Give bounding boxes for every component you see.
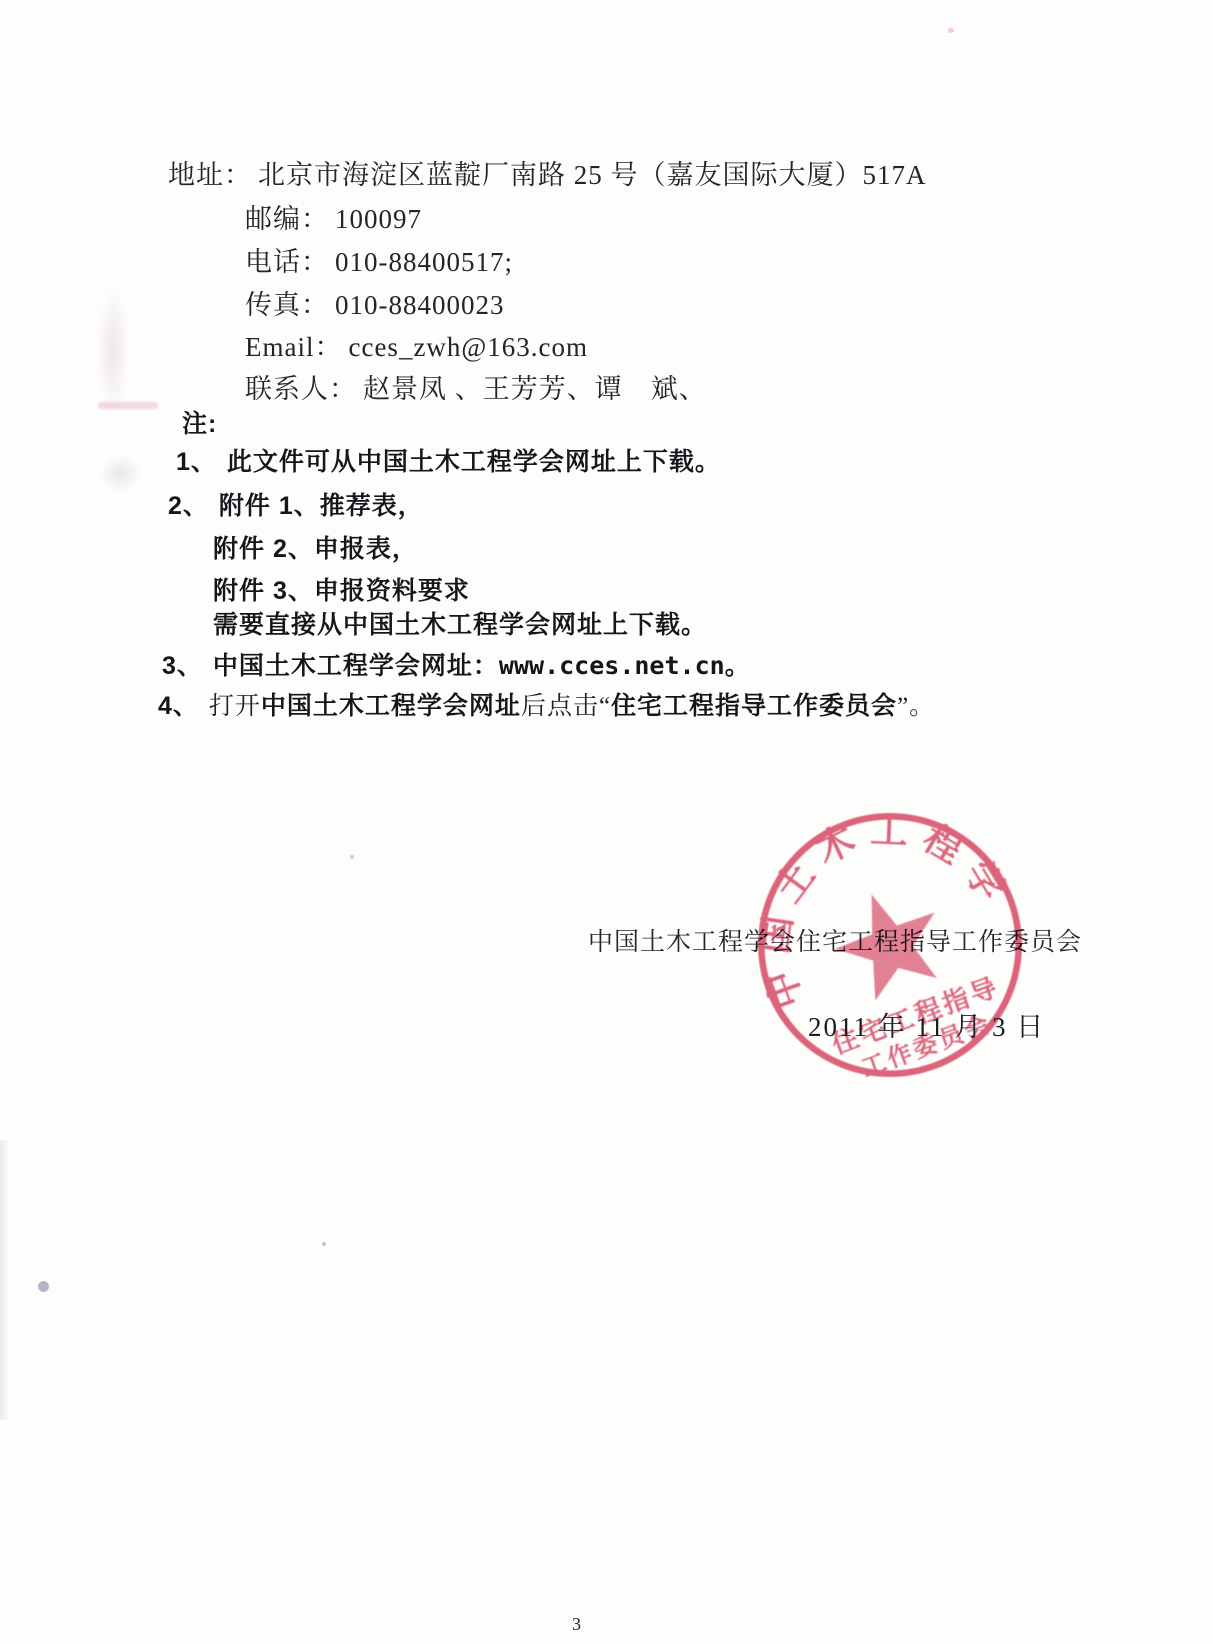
scan-smudge <box>100 455 142 493</box>
star-icon <box>822 876 956 1007</box>
address-label: 地址： <box>168 160 252 190</box>
note-4-bold-site: 中国土木工程学会网址 <box>261 692 521 720</box>
scan-dot <box>322 1242 326 1246</box>
page-number: 3 <box>572 1614 581 1635</box>
note-item-1: 1、此文件可从中国土木工程学会网址上下载。 <box>176 442 721 478</box>
official-seal-stamp: 中国土木工程学会 住宅工程指导 工作委员会 <box>738 793 1042 1097</box>
note-2-continuation: 附件 3、申报资料要求 <box>213 571 470 607</box>
contact-line-email: Email：cces_zwh@163.com <box>245 325 588 364</box>
note-item-2: 2、附件 1、推荐表， <box>168 486 424 522</box>
contact-line-fax: 传真：010-88400023 <box>245 283 505 322</box>
contacts-label: 联系人： <box>245 374 357 404</box>
note-4-suffix: ”。 <box>897 693 935 720</box>
notes-heading: 注: <box>182 404 217 440</box>
phone-label: 电话： <box>245 247 329 277</box>
note-3-number: 3、 <box>162 652 203 680</box>
note-item-3: 3、中国土木工程学会网址：www.cces.net.cn。 <box>162 646 751 682</box>
seal-group: 中国土木工程学会 住宅工程指导 工作委员会 <box>738 793 1042 1097</box>
note-1-text: 此文件可从中国土木工程学会网址上下载。 <box>227 448 721 476</box>
scan-dot <box>948 28 954 33</box>
zipcode-value: 100097 <box>335 204 422 234</box>
email-value: cces_zwh@163.com <box>348 332 588 362</box>
signature-date: 2011 年 11 月 3 日 <box>808 1005 1045 1044</box>
note-4-mid: 后点击“ <box>521 693 611 720</box>
email-label: Email： <box>245 332 342 362</box>
note-3-label: 中国土木工程学会网址： <box>213 652 499 680</box>
note-1-number: 1、 <box>176 448 217 476</box>
contact-line-phone: 电话：010-88400517; <box>245 240 513 279</box>
scan-dot <box>38 1281 49 1292</box>
contact-line-contacts: 联系人：赵景凤 、王芳芳、谭 斌、 <box>245 367 707 406</box>
contact-line-zipcode: 邮编：100097 <box>245 197 422 236</box>
note-2-text: 附件 1、推荐表， <box>219 492 424 520</box>
note-2-number: 2、 <box>168 492 209 520</box>
document-page: 地址：北京市海淀区蓝靛厂南路 25 号（嘉友国际大厦）517A 邮编：10009… <box>0 0 1213 1644</box>
note-2-continuation: 附件 2、申报表， <box>213 529 418 565</box>
note-4-pre: 打开 <box>209 693 261 720</box>
address-value: 北京市海淀区蓝靛厂南路 25 号（嘉友国际大厦）517A <box>258 160 927 190</box>
scan-edge-shadow <box>0 1140 9 1420</box>
phone-value: 010-88400517; <box>335 247 513 277</box>
note-4-bold-committee: 住宅工程指导工作委员会 <box>611 692 897 720</box>
fax-label: 传真： <box>245 290 329 320</box>
website-url: www.cces.net.cn <box>499 651 725 680</box>
scan-smudge <box>96 286 130 416</box>
scan-smudge <box>98 402 158 409</box>
scan-dot <box>350 855 354 859</box>
zipcode-label: 邮编： <box>245 204 329 234</box>
note-2-continuation: 需要直接从中国土木工程学会网址上下载。 <box>213 605 707 641</box>
contact-line-address: 地址：北京市海淀区蓝靛厂南路 25 号（嘉友国际大厦）517A <box>168 153 927 192</box>
note-4-number: 4、 <box>158 692 199 720</box>
note-3-suffix: 。 <box>725 652 751 680</box>
note-item-4: 4、打开中国土木工程学会网址后点击“住宅工程指导工作委员会”。 <box>158 686 935 722</box>
fax-value: 010-88400023 <box>335 290 505 320</box>
contacts-value: 赵景凤 、王芳芳、谭 斌、 <box>363 374 707 404</box>
